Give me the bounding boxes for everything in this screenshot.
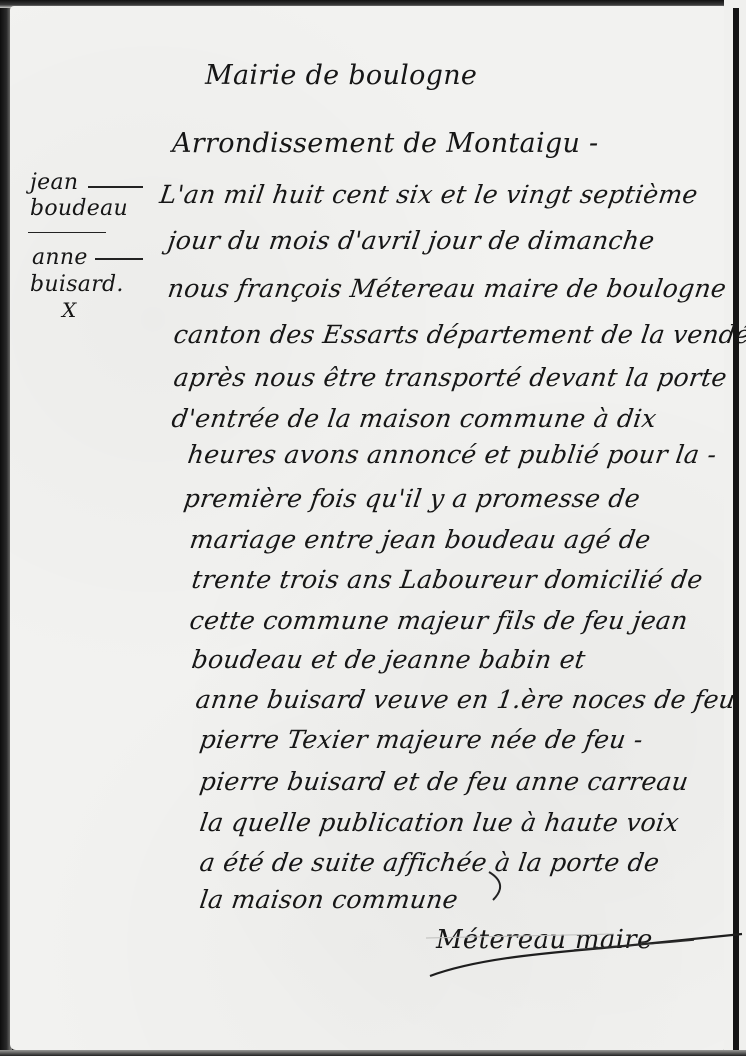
margin-mark: X <box>62 298 77 322</box>
margin-bride-last-name: buisard. <box>30 272 124 297</box>
body-line-17: a été de suite affichée à la porte de <box>198 848 661 877</box>
body-line-8: première fois qu'il y a promesse de <box>182 484 642 513</box>
margin-groom-last-name: boudeau <box>30 196 128 221</box>
body-line-9: mariage entre jean boudeau agé de <box>188 525 653 554</box>
body-line-15: pierre buisard et de feu anne carreau <box>198 767 690 796</box>
body-line-1: L'an mil huit cent six et le vingt septi… <box>158 180 700 209</box>
body-line-3: nous françois Métereau maire de boulogne <box>166 274 728 303</box>
body-line-11: cette commune majeur fils de feu jean <box>188 606 690 635</box>
scan-bottom-edge <box>0 1050 746 1056</box>
body-line-4: canton des Essarts département de la ven… <box>172 320 746 349</box>
margin-underline <box>95 258 143 260</box>
margin-separator <box>28 232 106 233</box>
closing-bracket-mark <box>485 868 515 904</box>
page-border-rule <box>733 8 739 1056</box>
mairie-heading: Mairie de boulogne <box>205 60 477 91</box>
body-line-18: la maison commune <box>198 885 460 914</box>
body-line-10: trente trois ans Laboureur domicilié de <box>190 565 705 594</box>
body-line-5: après nous être transporté devant la por… <box>172 363 729 392</box>
body-line-12: boudeau et de jeanne babin et <box>190 645 587 674</box>
margin-groom-first-name: jean <box>30 170 78 195</box>
margin-underline <box>88 186 143 188</box>
body-line-13: anne buisard veuve en 1.ère noces de feu <box>194 685 737 714</box>
body-line-16: la quelle publication lue à haute voix <box>198 808 681 837</box>
body-line-14: pierre Texier majeure née de feu - <box>198 725 645 754</box>
body-line-6: d'entrée de la maison commune à dix <box>170 404 658 433</box>
signature-flourish <box>424 926 746 982</box>
margin-bride-first-name: anne <box>32 245 88 270</box>
body-line-7: heures avons annoncé et publié pour la - <box>186 440 719 469</box>
body-line-2: jour du mois d'avril jour de dimanche <box>166 226 657 255</box>
arrondissement-heading: Arrondissement de Montaigu - <box>172 128 598 159</box>
